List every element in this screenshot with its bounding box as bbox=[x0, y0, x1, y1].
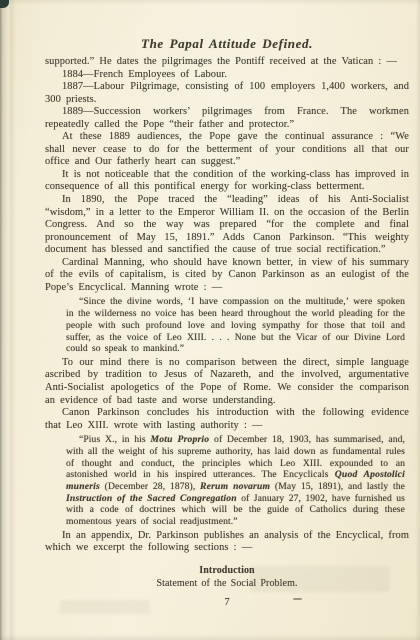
section-footer: Introduction Statement of the Social Pro… bbox=[45, 564, 409, 610]
list-item-1887: 1887—Labour Pilgrimage, consisting of 10… bbox=[45, 81, 409, 106]
quote-text: “Pius X., in his bbox=[79, 434, 151, 445]
footer-social-problem: Statement of the Social Problem. bbox=[45, 577, 409, 590]
quote-text: (December 28, 1878), bbox=[100, 481, 200, 492]
paragraph-supported: supported.” He dates the pilgrimages the… bbox=[45, 56, 409, 69]
list-item-1884: 1884—French Employees of Labour. bbox=[45, 69, 409, 82]
paragraph-comparison: To our mind there is no comparison betwe… bbox=[45, 357, 409, 407]
scan-corner-artifact bbox=[0, 0, 9, 8]
book-page: The Papal Attitude Defined. supported.” … bbox=[0, 0, 420, 640]
pius-quote: “Pius X., in his Motu Proprio of Decembe… bbox=[66, 434, 405, 528]
scan-dash-artifact bbox=[293, 598, 302, 600]
title-rerum-novarum: Rerum novarum bbox=[200, 481, 270, 492]
quote-text: (May 15, 1891), and lastly the bbox=[270, 481, 405, 492]
paragraph-appendix: In an appendix, Dr. Parkinson publishes … bbox=[45, 530, 409, 555]
title-instruction-sacred-congregation: Instruction of the Sacred Congregation bbox=[66, 493, 237, 504]
page-content: The Papal Attitude Defined. supported.” … bbox=[45, 36, 409, 609]
paragraph-audiences: At these 1889 audiences, the Pope gave t… bbox=[45, 131, 409, 169]
manning-quote: “Since the divine words, ‘I have compass… bbox=[66, 296, 405, 355]
page-number: 7 bbox=[45, 597, 409, 610]
paragraph-1890: In 1890, the Pope traced the “leading” i… bbox=[45, 194, 409, 257]
paragraph-manning-intro: Cardinal Manning, who should have known … bbox=[45, 257, 409, 295]
paragraph-noticeable: It is not noticeable that the condition … bbox=[45, 169, 409, 194]
list-item-1889: 1889—Succession workers’ pilgrimages fro… bbox=[45, 106, 409, 131]
footer-introduction: Introduction bbox=[45, 564, 409, 577]
title-motu-proprio: Motu Proprio bbox=[151, 434, 210, 445]
paragraph-concludes: Canon Parkinson concludes his introducti… bbox=[45, 407, 409, 432]
page-heading: The Papal Attitude Defined. bbox=[45, 36, 409, 51]
